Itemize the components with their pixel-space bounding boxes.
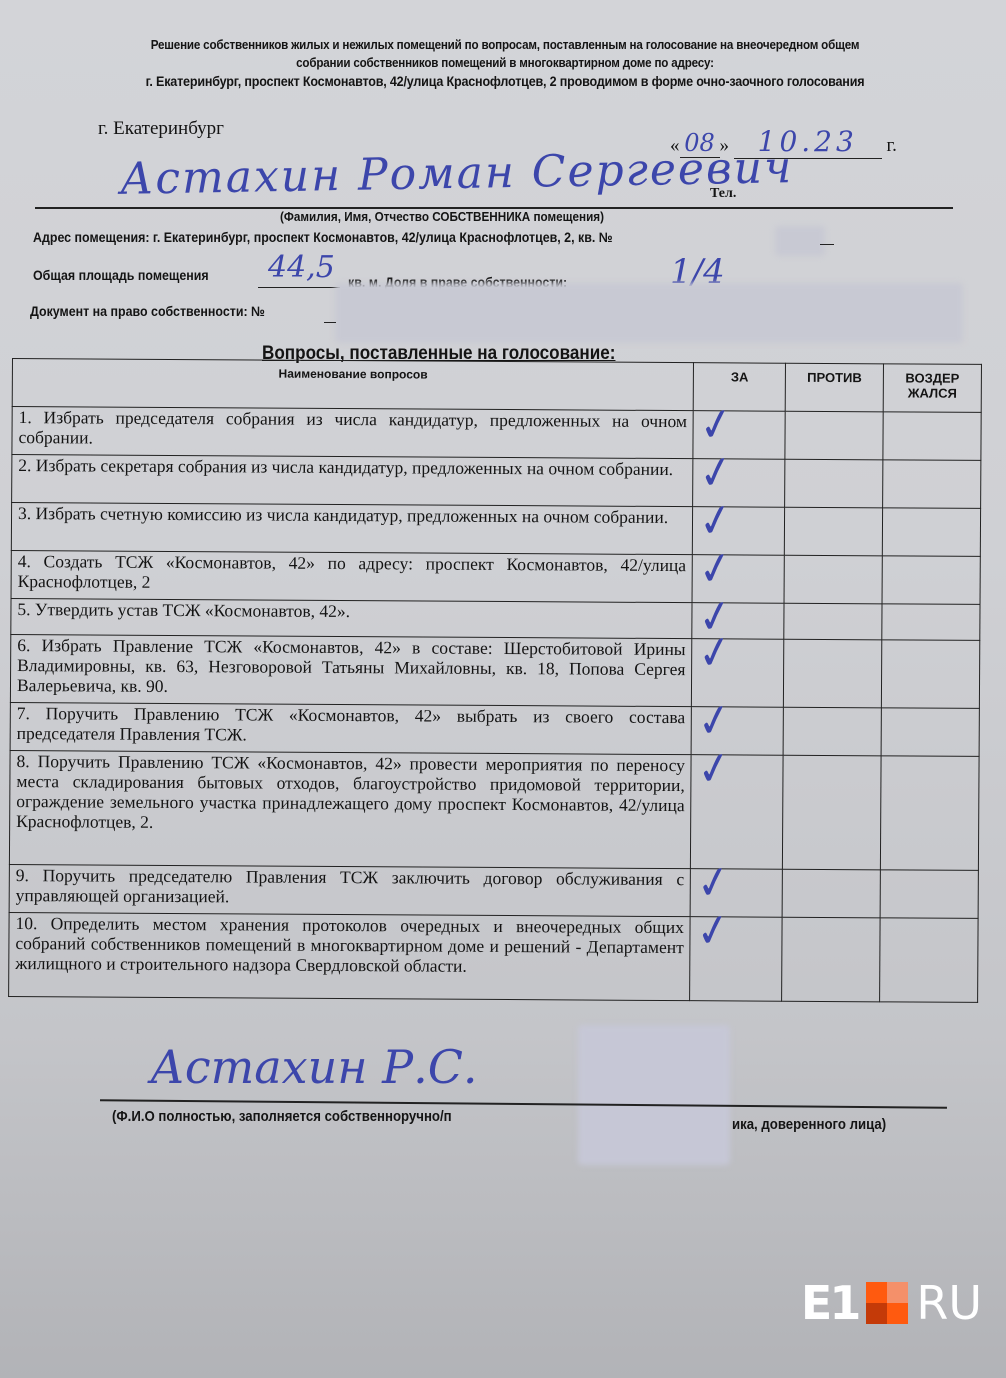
signature-caption-left: (Ф.И.О полностью, заполняется собственно… xyxy=(112,1108,452,1125)
table-row: 8. Поручить Правлению ТСЖ «Космонавтов, … xyxy=(9,750,979,870)
area-label: Общая площадь помещения xyxy=(33,268,209,283)
question-text: 10. Определить местом хранения протоколо… xyxy=(9,912,691,1000)
apartment-number-redacted xyxy=(775,226,825,256)
question-number: 6. xyxy=(17,635,30,655)
header-line-3: г. Екатеринбург, проспект Космонавтов, 4… xyxy=(73,74,938,89)
vote-cell-against[interactable] xyxy=(782,869,880,918)
question-text: 8. Поручить Правлению ТСЖ «Космонавтов, … xyxy=(9,750,691,868)
logo-e1-text: E1 xyxy=(801,1276,858,1330)
table-row: 4. Создать ТСЖ «Космонавтов, 42» по адре… xyxy=(11,550,980,604)
questions-table: Наименование вопросов ЗА ПРОТИВ ВОЗДЕР Ж… xyxy=(8,358,982,1003)
table-row: 10. Определить местом хранения протоколо… xyxy=(9,912,978,1002)
vote-cell-for[interactable]: ✓ xyxy=(691,755,783,870)
logo-ru-text: RU xyxy=(916,1276,982,1330)
vote-cell-abstain[interactable] xyxy=(880,870,978,919)
e1-logo: E1 RU xyxy=(801,1276,982,1330)
header-abstain: ВОЗДЕР ЖАЛСЯ xyxy=(883,364,981,413)
vote-cell-against[interactable] xyxy=(784,603,882,640)
question-text: 9. Поручить председателю Правления ТСЖ з… xyxy=(9,864,691,916)
vote-cell-abstain[interactable] xyxy=(882,508,980,557)
checkmark-icon: ✓ xyxy=(696,544,735,594)
logo-square-cell xyxy=(866,1303,887,1324)
table-row: 7. Поручить Правлению ТСЖ «Космонавтов, … xyxy=(10,702,979,756)
ownership-doc-label: Документ на право собственности: № xyxy=(30,304,265,319)
question-number: 2. xyxy=(18,455,31,475)
question-number: 7. xyxy=(17,703,30,723)
question-text: 7. Поручить Правлению ТСЖ «Космонавтов, … xyxy=(10,702,692,754)
checkmark-icon: ✓ xyxy=(697,400,736,450)
vote-cell-abstain[interactable] xyxy=(880,918,978,1003)
area-value[interactable]: 44,5 xyxy=(268,250,335,285)
logo-square-icon xyxy=(866,1282,908,1324)
checkmark-icon: ✓ xyxy=(694,858,733,908)
question-text: 4. Создать ТСЖ «Космонавтов, 42» по адре… xyxy=(11,550,693,602)
vote-cell-against[interactable] xyxy=(785,411,883,460)
area-underline xyxy=(258,287,340,288)
checkmark-icon: ✓ xyxy=(696,496,735,546)
vote-cell-against[interactable] xyxy=(783,707,881,756)
place: г. Екатеринбург xyxy=(98,118,224,140)
vote-cell-against[interactable] xyxy=(784,639,882,708)
table-row: 3. Избрать счетную комиссию из числа кан… xyxy=(11,503,980,557)
vote-cell-abstain[interactable] xyxy=(882,556,980,605)
question-number: 10. xyxy=(15,913,37,933)
checkmark-icon: ✓ xyxy=(695,744,734,794)
table-row: 9. Поручить председателю Правления ТСЖ з… xyxy=(9,864,978,918)
table-row: 2. Избрать секретаря собрания из числа к… xyxy=(12,455,981,509)
question-text: 5. Утвердить устав ТСЖ «Космонавтов, 42»… xyxy=(11,598,693,638)
vote-cell-against[interactable] xyxy=(782,917,880,1002)
signature-caption-right: ика, доверенного лица) xyxy=(732,1116,886,1133)
vote-cell-against[interactable] xyxy=(785,459,883,508)
checkmark-icon: ✓ xyxy=(695,696,734,746)
vote-cell-abstain[interactable] xyxy=(883,412,981,461)
tel-label: Тел. xyxy=(710,186,736,202)
question-text: 6. Избрать Правление ТСЖ «Космонавтов, 4… xyxy=(10,634,692,706)
vote-cell-abstain[interactable] xyxy=(880,756,979,871)
question-number: 3. xyxy=(18,503,31,523)
question-number: 1. xyxy=(19,407,32,427)
owner-caption: (Фамилия, Имя, Отчество СОБСТВЕННИКА пом… xyxy=(280,209,604,224)
signature-redacted xyxy=(578,1025,730,1165)
question-text: 1. Избрать председателя собрания из числ… xyxy=(12,407,694,459)
question-number: 8. xyxy=(16,751,29,771)
checkmark-icon: ✓ xyxy=(694,906,733,956)
header-line-2: собрании собственников помещений в много… xyxy=(73,56,938,70)
signature-handwritten[interactable]: Астахин Р.С. xyxy=(150,1040,478,1094)
vote-cell-abstain[interactable] xyxy=(882,604,980,641)
logo-square-cell xyxy=(887,1282,908,1303)
vote-cell-against[interactable] xyxy=(783,755,882,870)
vote-cell-abstain[interactable] xyxy=(883,460,981,509)
header-line-1: Решение собственников жилых и нежилых по… xyxy=(73,38,938,52)
checkmark-icon: ✓ xyxy=(697,448,736,498)
apartment-underline xyxy=(820,244,834,245)
table-row: 5. Утвердить устав ТСЖ «Космонавтов, 42»… xyxy=(11,598,980,640)
question-number: 4. xyxy=(18,551,31,571)
question-number: 5. xyxy=(17,599,30,619)
question-number: 9. xyxy=(16,865,29,885)
checkmark-icon: ✓ xyxy=(696,628,735,678)
owner-name-handwritten[interactable]: Астахин Роман Сергеевич xyxy=(120,142,794,205)
vote-cell-against[interactable] xyxy=(784,555,882,604)
header-question-name: Наименование вопросов xyxy=(12,359,694,411)
table-row: 1. Избрать председателя собрания из числ… xyxy=(12,407,981,461)
table-row: 6. Избрать Правление ТСЖ «Космонавтов, 4… xyxy=(10,634,979,708)
question-text: 2. Избрать секретаря собрания из числа к… xyxy=(12,455,694,507)
vote-cell-abstain[interactable] xyxy=(881,708,979,757)
vote-cell-against[interactable] xyxy=(784,507,882,556)
question-text: 3. Избрать счетную комиссию из числа кан… xyxy=(11,503,693,555)
logo-square-cell xyxy=(866,1282,887,1303)
ownership-doc-underline xyxy=(324,322,336,323)
vote-cell-abstain[interactable] xyxy=(881,640,979,709)
header-against: ПРОТИВ xyxy=(785,363,883,412)
address-label: Адрес помещения: г. Екатеринбург, проспе… xyxy=(33,230,613,245)
ownership-doc-redacted xyxy=(335,283,963,343)
logo-square-cell xyxy=(887,1303,908,1324)
vote-cell-for[interactable]: ✓ xyxy=(690,917,782,1002)
